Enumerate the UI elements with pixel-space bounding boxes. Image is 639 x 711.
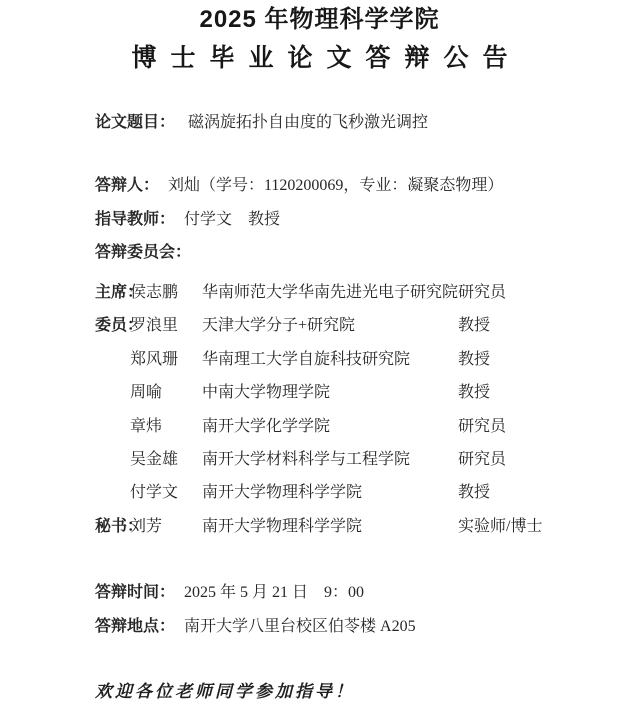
committee-role — [95, 476, 130, 509]
defender-row: 答辩人：刘灿（学号：1120200069，专业：凝聚态物理） — [95, 175, 503, 197]
committee-rank: 研究员 — [458, 410, 605, 443]
advisor-value: 付学文 教授 — [184, 211, 280, 228]
committee-affiliation: 南开大学材料科学与工程学院 — [202, 443, 458, 476]
defender-value: 刘灿（学号：1120200069，专业：凝聚态物理） — [168, 177, 503, 194]
committee-role: 委员： — [95, 309, 130, 342]
committee-rank: 教授 — [458, 343, 605, 376]
committee-role: 主席： — [95, 276, 130, 309]
committee-name: 周喻 — [130, 376, 202, 409]
defense-location-label: 答辩地点： — [95, 618, 175, 635]
committee-affiliation: 中南大学物理学院 — [202, 376, 458, 409]
committee-name: 侯志鹏 — [130, 276, 202, 309]
committee-row-secretary: 秘书： 刘芳 南开大学物理科学学院 实验师/博士 — [95, 510, 605, 543]
committee-rank: 研究员 — [458, 276, 605, 309]
defense-time-value: 2025 年 5 月 21 日 9：00 — [184, 584, 364, 601]
committee-rank: 研究员 — [458, 443, 605, 476]
defense-time-label: 答辩时间： — [95, 584, 175, 601]
committee-affiliation: 南开大学物理科学学院 — [202, 476, 458, 509]
committee-rank: 教授 — [458, 309, 605, 342]
committee-name: 章炜 — [130, 410, 202, 443]
committee-affiliation: 华南理工大学自旋科技研究院 — [202, 343, 458, 376]
committee-role — [95, 343, 130, 376]
advisor-label: 指导教师： — [95, 211, 175, 228]
committee-row-member: 吴金雄 南开大学材料科学与工程学院 研究员 — [95, 443, 605, 476]
advisor-row: 指导教师：付学文 教授 — [95, 209, 280, 231]
welcome-message: 欢迎各位老师同学参加指导！ — [95, 680, 355, 704]
committee-rank: 实验师/博士 — [458, 510, 605, 543]
committee-table: 主席： 侯志鹏 华南师范大学华南先进光电子研究院 研究员 委员： 罗浪里 天津大… — [95, 276, 605, 543]
committee-affiliation: 华南师范大学华南先进光电子研究院 — [202, 276, 458, 309]
committee-row-member: 郑风珊 华南理工大学自旋科技研究院 教授 — [95, 343, 605, 376]
page-title-announcement: 博士毕业论文答辩公告 — [0, 42, 639, 74]
committee-name: 郑风珊 — [130, 343, 202, 376]
thesis-title-label: 论文题目： — [95, 114, 175, 131]
committee-rank: 教授 — [458, 476, 605, 509]
committee-heading-label: 答辩委员会： — [95, 244, 191, 261]
committee-row-member: 章炜 南开大学化学学院 研究员 — [95, 410, 605, 443]
committee-name: 吴金雄 — [130, 443, 202, 476]
page-title-year-school: 2025 年物理科学学院 — [0, 5, 639, 35]
committee-name: 罗浪里 — [130, 309, 202, 342]
defense-location-row: 答辩地点：南开大学八里台校区伯苓楼 A205 — [95, 616, 416, 638]
committee-name: 刘芳 — [130, 510, 202, 543]
thesis-title-value: 磁涡旋拓扑自由度的飞秒激光调控 — [188, 114, 428, 131]
committee-role — [95, 410, 130, 443]
committee-affiliation: 天津大学分子+研究院 — [202, 309, 458, 342]
committee-name: 付学文 — [130, 476, 202, 509]
committee-row-member: 周喻 中南大学物理学院 教授 — [95, 376, 605, 409]
thesis-title-row: 论文题目：磁涡旋拓扑自由度的飞秒激光调控 — [95, 112, 428, 134]
committee-row-chair: 主席： 侯志鹏 华南师范大学华南先进光电子研究院 研究员 — [95, 276, 605, 309]
committee-role — [95, 443, 130, 476]
committee-row-member: 委员： 罗浪里 天津大学分子+研究院 教授 — [95, 309, 605, 342]
committee-rank: 教授 — [458, 376, 605, 409]
committee-role — [95, 376, 130, 409]
defense-location-value: 南开大学八里台校区伯苓楼 A205 — [184, 618, 416, 635]
committee-heading: 答辩委员会： — [95, 242, 200, 264]
committee-affiliation: 南开大学物理科学学院 — [202, 510, 458, 543]
committee-affiliation: 南开大学化学学院 — [202, 410, 458, 443]
committee-role: 秘书： — [95, 510, 130, 543]
defense-time-row: 答辩时间：2025 年 5 月 21 日 9：00 — [95, 582, 364, 604]
defender-label: 答辩人： — [95, 177, 159, 194]
document-header: 2025 年物理科学学院 博士毕业论文答辩公告 — [0, 5, 639, 74]
committee-row-member: 付学文 南开大学物理科学学院 教授 — [95, 476, 605, 509]
